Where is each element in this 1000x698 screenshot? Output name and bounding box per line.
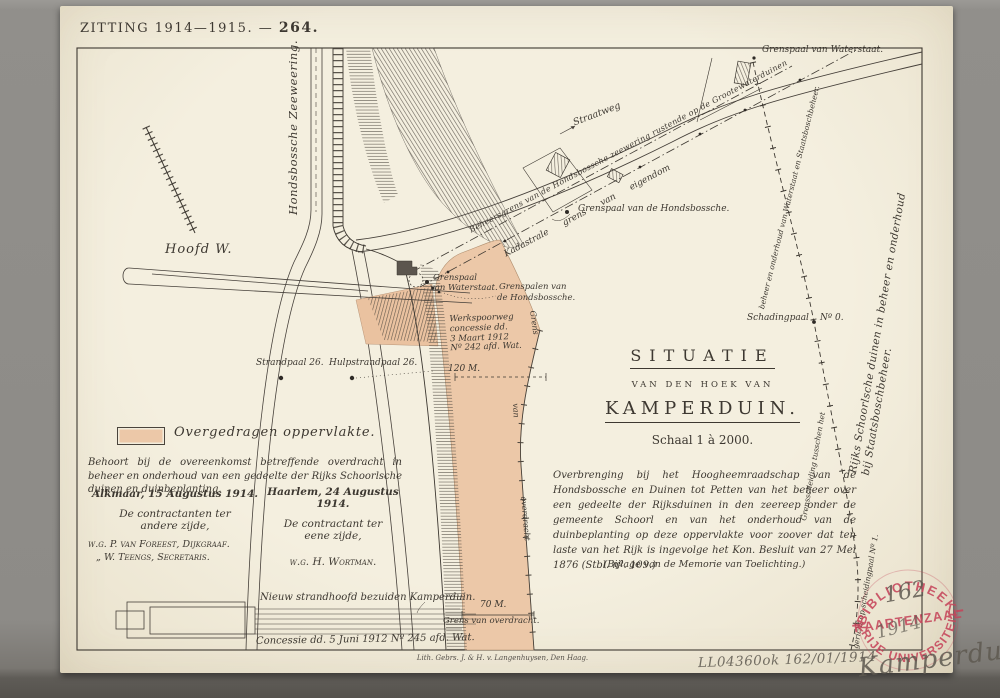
label-werkspoorweg-concessie: Werkspoorweg concessie dd. 3 Maart 1912 … [449,313,522,355]
legend-label: Overgedragen oppervlakte. [174,426,375,441]
label-schadingpaal-nr: Nº 0. [820,313,844,323]
label-grenspalen-hondsbossche-1: Grenspalen van [499,283,567,293]
label-schadingpaal: Schadingpaal [747,313,809,323]
legend-swatch-transferred-area [117,427,165,445]
sheet-header: ZITTING 1914—1915. — 264. [80,20,319,37]
label-hondsbossche-zeeweering: Hondsbossche Zeeweering. [287,40,300,215]
agreement-right-role-1: De contractant ter [258,518,408,530]
map-title-place: KAMPERDUIN. [605,398,800,423]
agreement-right-sig: w.g. H. Wortman. [258,556,408,568]
sheet-header-title: ZITTING 1914—1915. — [80,21,279,36]
survey-baseline-mark [146,127,195,233]
label-grenspaal-waterstaat-mid-2: van Waterstaat. [430,284,498,294]
label-grens-vertical-2: van [511,403,521,418]
agreement-right-column: Haarlem, 24 Augustus 1914. De contractan… [258,486,408,568]
map-subtitle: VAN DEN HOEK VAN [575,380,830,390]
agreement-left-column: Alkmaar, 15 Augustus 1914. De contractan… [90,488,260,532]
agreement-left-role-1: De contractanten ter [90,508,260,520]
label-grenspaal-hondsbossche: Grenspaal van de Hondsbossche. [578,204,729,214]
agreement-left-sig-1: w.g. P. van Foreest, Dijkgraaf. [88,540,230,551]
transfer-note-annex: (Bijlage van de Memorie van Toelichting.… [553,560,856,571]
strandpaal-dots [279,371,433,380]
scanned-map-photo: ZITTING 1914—1915. — 264. Hondsbossche Z… [0,0,1000,698]
label-dim-120m: 120 M. [448,364,480,374]
lithographer-credit: Lith. Gebrs. J. & H. v. Langenhuysen, De… [395,654,610,662]
agreement-left-date: Alkmaar, 15 Augustus 1914. [90,488,260,500]
label-nieuw-strandhoofd: Nieuw strandhoofd bezuiden Kamperduin. [260,592,475,604]
sheet-header-number: 264. [279,20,319,36]
transfer-note-body: Overbrenging bij het Hoogheemraadschap v… [553,468,856,573]
agreement-right-role-2: eene zijde, [258,530,408,542]
title-block: SITUATIE VAN DEN HOEK VAN KAMPERDUIN. Sc… [575,346,830,447]
label-grens-overdracht-bottom: Grens van overdracht. [443,617,539,627]
agreement-left-sig-2: „ W. Teengs, Secretaris. [96,553,210,564]
label-strandpaal-26: Strandpaal 26. [256,358,324,368]
label-hoofd-w: Hoofd W. [165,243,232,258]
label-grenspalen-hondsbossche-2: de Hondsbossche. [497,294,575,304]
agreement-left-role-2: andere zijde, [90,520,260,532]
agreement-right-date: Haarlem, 24 Augustus 1914. [258,486,408,510]
label-grenspaal-waterstaat-top: Grenspaal van Waterstaat. [762,45,883,55]
label-hulpstrandpaal-26: Hulpstrandpaal 26. [329,358,417,368]
map-title: SITUATIE [630,346,774,369]
label-dim-70m: 70 M. [480,600,506,610]
map-scale: Schaal 1 à 2000. [575,433,830,447]
